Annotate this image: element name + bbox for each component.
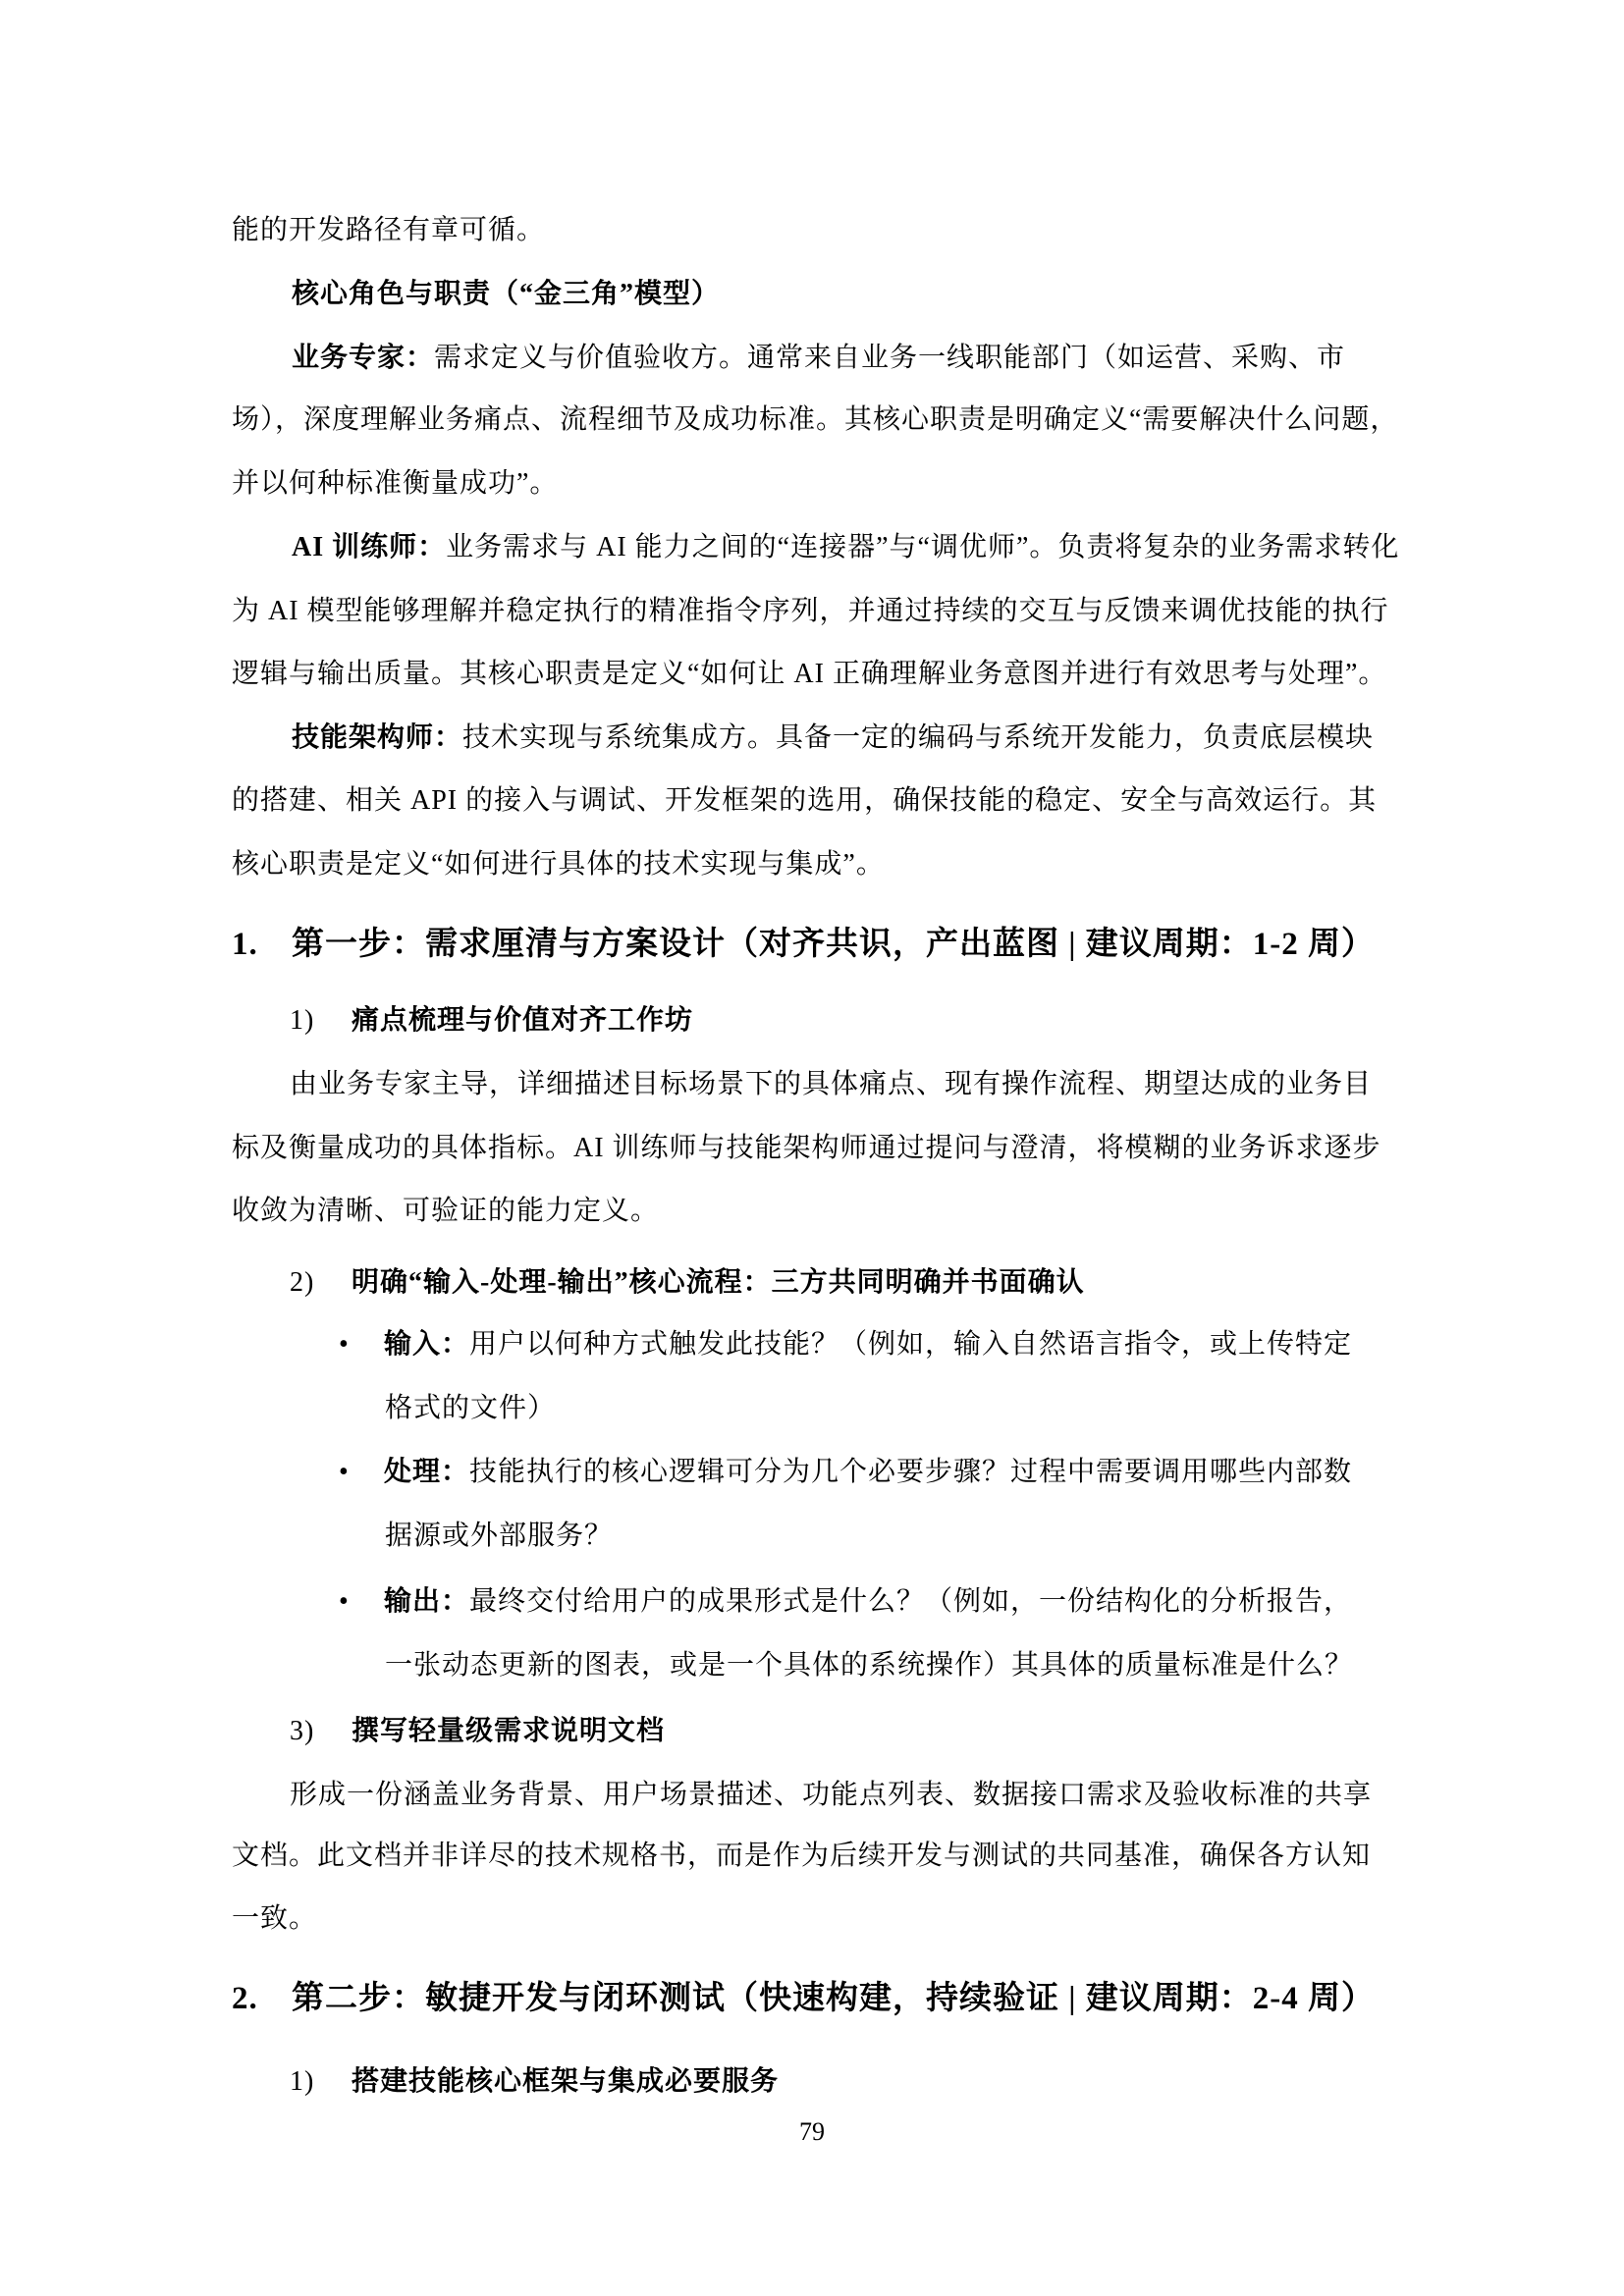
bullet-dot-icon: • — [339, 1582, 384, 1622]
bullet-dot-icon: • — [339, 1453, 384, 1492]
ai-trainer-line-1: AI 训练师：业务需求与 AI 能力之间的“连接器”与“调优师”。负责将复杂的业… — [292, 528, 1399, 567]
business-expert-text-1: 需求定义与价值验收方。通常来自业务一线职能部门（如运营、采购、市 — [434, 343, 1345, 373]
step1-number: 1. — [232, 922, 292, 967]
business-expert-label: 业务专家： — [292, 343, 434, 373]
bullet-input-line-2: 格式的文件） — [385, 1389, 556, 1428]
business-expert-line-1: 业务专家：需求定义与价值验收方。通常来自业务一线职能部门（如运营、采购、市 — [292, 339, 1345, 378]
skill-architect-text-1: 技术实现与系统集成方。具备一定的编码与系统开发能力，负责底层模块 — [462, 722, 1374, 753]
step1-item2-number: 2) — [290, 1263, 352, 1303]
step2-heading: 2.第二步：敏捷开发与闭环测试（快速构建，持续验证 | 建议周期：2-4 周） — [232, 1976, 1375, 2021]
ai-trainer-label: AI 训练师： — [292, 532, 446, 562]
step2-number: 2. — [232, 1976, 292, 2021]
roles-model-heading: 核心角色与职责（“金三角”模型） — [292, 275, 720, 314]
skill-architect-label: 技能架构师： — [292, 722, 462, 753]
skill-architect-line-2: 的搭建、相关 API 的接入与调试、开发框架的选用，确保技能的稳定、安全与高效运… — [232, 781, 1377, 821]
business-expert-line-3: 并以何种标准衡量成功”。 — [232, 464, 558, 504]
step1-heading: 1.第一步：需求厘清与方案设计（对齐共识，产出蓝图 | 建议周期：1-2 周） — [232, 922, 1375, 967]
ai-trainer-text-1: 业务需求与 AI 能力之间的“连接器”与“调优师”。负责将复杂的业务需求转化 — [446, 532, 1399, 562]
business-expert-line-2: 场），深度理解业务痛点、流程细节及成功标准。其核心职责是明确定义“需要解决什么问… — [232, 400, 1398, 440]
step1-item2-title: 明确“输入-处理-输出”核心流程：三方共同明确并书面确认 — [352, 1267, 1085, 1298]
skill-architect-line-3: 核心职责是定义“如何进行具体的技术实现与集成”。 — [232, 845, 885, 884]
step2-item1-number: 1) — [290, 2062, 352, 2102]
ai-trainer-line-3: 逻辑与输出质量。其核心职责是定义“如何让 AI 正确理解业务意图并进行有效思考与… — [232, 655, 1386, 694]
bullet-output-line-1: •输出：最终交付给用户的成果形式是什么？（例如，一份结构化的分析报告， — [339, 1582, 1352, 1622]
page-number: 79 — [0, 2115, 1624, 2149]
step1-item3-heading: 3)撰写轻量级需求说明文档 — [290, 1712, 665, 1751]
step1-item3-line-2: 文档。此文档并非详尽的技术规格书，而是作为后续开发与测试的共同基准，确保各方认知 — [232, 1837, 1371, 1876]
step1-item1-title: 痛点梳理与价值对齐工作坊 — [352, 1005, 693, 1036]
step1-item3-line-1: 形成一份涵盖业务背景、用户场景描述、功能点列表、数据接口需求及验收标准的共享 — [290, 1776, 1372, 1815]
bullet-process-text-1: 技能执行的核心逻辑可分为几个必要步骤？过程中需要调用哪些内部数 — [469, 1457, 1352, 1487]
bullet-output-line-2: 一张动态更新的图表，或是一个具体的系统操作）其具体的质量标准是什么？ — [385, 1646, 1353, 1685]
skill-architect-line-1: 技能架构师：技术实现与系统集成方。具备一定的编码与系统开发能力，负责底层模块 — [292, 719, 1374, 758]
step2-item1-title: 搭建技能核心框架与集成必要服务 — [352, 2066, 779, 2097]
step1-item3-number: 3) — [290, 1712, 352, 1751]
step1-item1-line-2: 标及衡量成功的具体指标。AI 训练师与技能架构师通过提问与澄清，将模糊的业务诉求… — [232, 1129, 1381, 1168]
step2-title: 第二步：敏捷开发与闭环测试（快速构建，持续验证 | 建议周期：2-4 周） — [292, 1981, 1375, 2016]
step1-item2-heading: 2)明确“输入-处理-输出”核心流程：三方共同明确并书面确认 — [290, 1263, 1085, 1303]
step1-item3-title: 撰写轻量级需求说明文档 — [352, 1716, 665, 1746]
bullet-input-label: 输入： — [384, 1329, 469, 1360]
step1-item1-number: 1) — [290, 1001, 352, 1041]
bullet-input-line-1: •输入：用户以何种方式触发此技能？（例如，输入自然语言指令，或上传特定 — [339, 1325, 1352, 1364]
bullet-input-text-1: 用户以何种方式触发此技能？（例如，输入自然语言指令，或上传特定 — [469, 1329, 1352, 1360]
document-page: 能的开发路径有章可循。 核心角色与职责（“金三角”模型） 业务专家：需求定义与价… — [0, 0, 1624, 2296]
bullet-output-text-1: 最终交付给用户的成果形式是什么？（例如，一份结构化的分析报告， — [469, 1586, 1352, 1617]
bullet-process-line-2: 据源或外部服务？ — [385, 1517, 613, 1556]
step1-item1-heading: 1)痛点梳理与价值对齐工作坊 — [290, 1001, 693, 1041]
step1-item3-line-3: 一致。 — [232, 1899, 317, 1939]
ai-trainer-line-2: 为 AI 模型能够理解并稳定执行的精准指令序列，并通过持续的交互与反馈来调优技能… — [232, 592, 1389, 631]
step2-item1-heading: 1)搭建技能核心框架与集成必要服务 — [290, 2062, 779, 2102]
step1-item1-line-3: 收敛为清晰、可验证的能力定义。 — [232, 1192, 659, 1231]
bullet-process-line-1: •处理：技能执行的核心逻辑可分为几个必要步骤？过程中需要调用哪些内部数 — [339, 1453, 1352, 1492]
step1-title: 第一步：需求厘清与方案设计（对齐共识，产出蓝图 | 建议周期：1-2 周） — [292, 927, 1375, 962]
bullet-dot-icon: • — [339, 1325, 384, 1364]
step1-item1-line-1: 由业务专家主导，详细描述目标场景下的具体痛点、现有操作流程、期望达成的业务目 — [290, 1065, 1372, 1104]
bullet-process-label: 处理： — [384, 1457, 469, 1487]
bullet-output-label: 输出： — [384, 1586, 469, 1617]
paragraph-continuation-line: 能的开发路径有章可循。 — [232, 211, 545, 250]
